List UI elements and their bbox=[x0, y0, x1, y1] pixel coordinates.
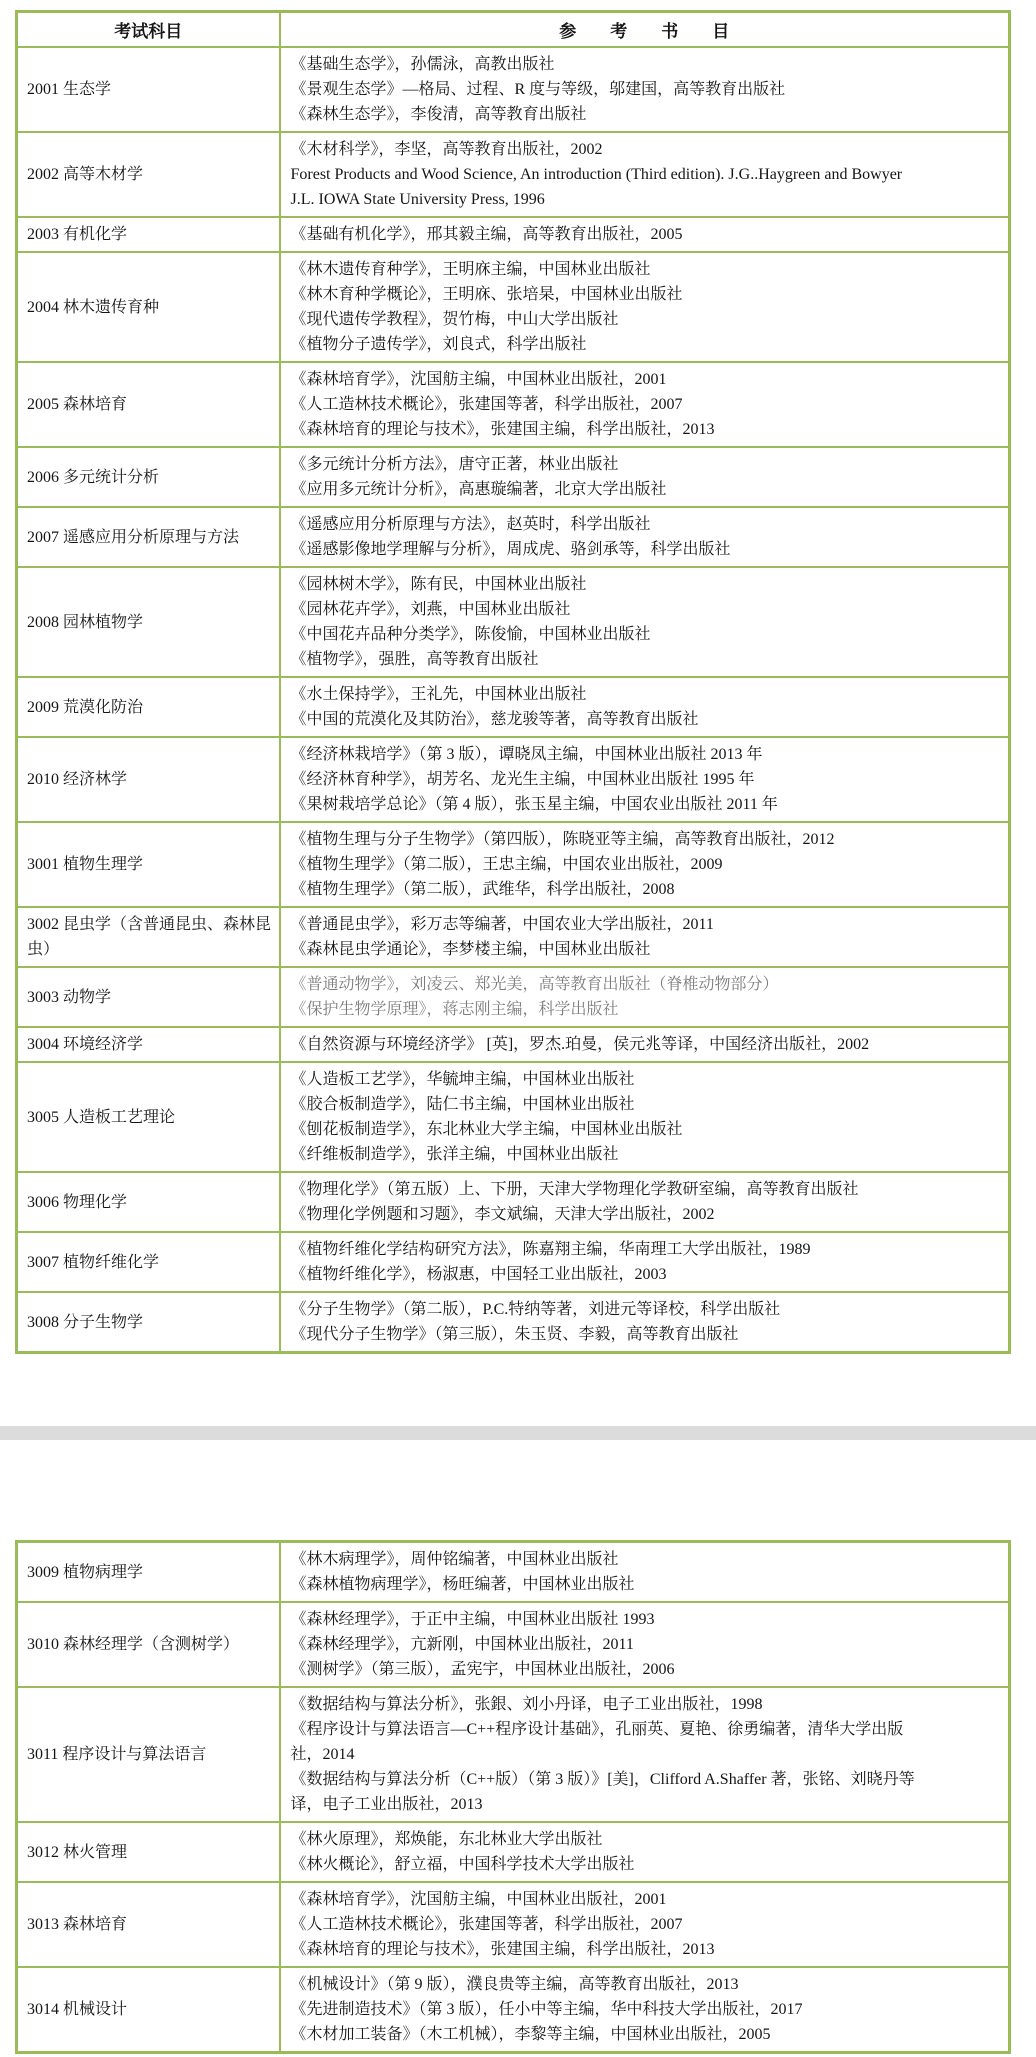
book-entry: 《林木育种学概论》，王明庥、张培杲，中国林业出版社 bbox=[291, 282, 931, 307]
book-entry: 《人工造林技术概论》，张建国等著，科学出版社，2007 bbox=[291, 392, 931, 417]
book-entry: 《木材加工装备》（木工机械），李黎等主编，中国林业出版社，2005 bbox=[291, 2022, 931, 2047]
reference-table-page1-body: 2001 生态学《基础生态学》，孙儒泳，高教出版社《景观生态学》—格局、过程、R… bbox=[17, 47, 1010, 1353]
books-cell: 《分子生物学》（第二版），P.C.特纳等著，刘进元等译校，科学出版社《现代分子生… bbox=[280, 1292, 1010, 1353]
book-entry: 《先进制造技术》（第 3 版），任小中等主编，华中科技大学出版社，2017 bbox=[291, 1997, 931, 2022]
book-entry: 《遥感影像地学理解与分析》，周成虎、骆剑承等，科学出版社 bbox=[291, 537, 931, 562]
book-entry: 《物理化学》（第五版）上、下册，天津大学物理化学教研室编，高等教育出版社 bbox=[291, 1177, 931, 1202]
book-entry: 《中国的荒漠化及其防治》，慈龙骏等著，高等教育出版社 bbox=[291, 707, 931, 732]
table-row: 2003 有机化学《基础有机化学》，邢其毅主编，高等教育出版社，2005 bbox=[17, 217, 1010, 252]
subject-cell: 3001 植物生理学 bbox=[17, 822, 280, 907]
book-entry: 《木材科学》，李坚，高等教育出版社，2002 bbox=[291, 137, 931, 162]
table-row: 2004 林木遗传育种《林木遗传育种学》，王明庥主编，中国林业出版社《林木育种学… bbox=[17, 252, 1010, 362]
table-row: 2002 高等木材学《木材科学》，李坚，高等教育出版社，2002Forest P… bbox=[17, 132, 1010, 217]
books-cell: 《基础有机化学》，邢其毅主编，高等教育出版社，2005 bbox=[280, 217, 1010, 252]
book-entry: 《水土保持学》，王礼先，中国林业出版社 bbox=[291, 682, 931, 707]
book-entry: 《程序设计与算法语言—C++程序设计基础》，孔丽英、夏艳、徐勇编著，清华大学出版… bbox=[291, 1717, 931, 1767]
book-entry: 《植物生理与分子生物学》（第四版），陈晓亚等主编，高等教育出版社，2012 bbox=[291, 827, 931, 852]
subject-cell: 3006 物理化学 bbox=[17, 1172, 280, 1232]
table-row: 3005 人造板工艺理论《人造板工艺学》，华毓坤主编，中国林业出版社《胶合板制造… bbox=[17, 1062, 1010, 1172]
table-row: 3009 植物病理学《林木病理学》，周仲铭编著，中国林业出版社《森林植物病理学》… bbox=[17, 1542, 1010, 1603]
books-cell: 《普通动物学》，刘凌云、郑光美，高等教育出版社（脊椎动物部分）《保护生物学原理》… bbox=[280, 967, 1010, 1027]
subject-cell: 2003 有机化学 bbox=[17, 217, 280, 252]
table-row: 3011 程序设计与算法语言《数据结构与算法分析》，张銀、刘小丹译，电子工业出版… bbox=[17, 1687, 1010, 1822]
books-cell: 《林木病理学》，周仲铭编著，中国林业出版社《森林植物病理学》，杨旺编著，中国林业… bbox=[280, 1542, 1010, 1603]
books-cell: 《自然资源与环境经济学》 [英]，罗杰.珀曼，侯元兆等译，中国经济出版社，200… bbox=[280, 1027, 1010, 1062]
subject-cell: 3007 植物纤维化学 bbox=[17, 1232, 280, 1292]
subject-cell: 2008 园林植物学 bbox=[17, 567, 280, 677]
book-entry: 《森林培育的理论与技术》，张建国主编，科学出版社，2013 bbox=[291, 417, 931, 442]
table-row: 2008 园林植物学《园林树木学》，陈有民，中国林业出版社《园林花卉学》，刘燕，… bbox=[17, 567, 1010, 677]
subject-column-header: 考试科目 bbox=[17, 12, 280, 48]
book-entry: 《植物生理学》（第二版），王忠主编，中国农业出版社，2009 bbox=[291, 852, 931, 877]
table-row: 3008 分子生物学《分子生物学》（第二版），P.C.特纳等著，刘进元等译校，科… bbox=[17, 1292, 1010, 1353]
subject-cell: 2010 经济林学 bbox=[17, 737, 280, 822]
book-entry: 《现代分子生物学》（第三版），朱玉贤、李毅，高等教育出版社 bbox=[291, 1322, 931, 1347]
book-entry: 《应用多元统计分析》，高惠璇编著，北京大学出版社 bbox=[291, 477, 931, 502]
book-entry: 《普通动物学》，刘凌云、郑光美，高等教育出版社（脊椎动物部分） bbox=[291, 972, 931, 997]
table-row: 3001 植物生理学《植物生理与分子生物学》（第四版），陈晓亚等主编，高等教育出… bbox=[17, 822, 1010, 907]
books-cell: 《林火原理》，郑焕能，东北林业大学出版社《林火概论》，舒立福，中国科学技术大学出… bbox=[280, 1822, 1010, 1882]
table-row: 3014 机械设计《机械设计》（第 9 版），濮良贵等主编，高等教育出版社，20… bbox=[17, 1967, 1010, 2053]
book-entry: 《遥感应用分析原理与方法》，赵英时，科学出版社 bbox=[291, 512, 931, 537]
books-cell: 《森林培育学》，沈国舫主编，中国林业出版社，2001《人工造林技术概论》，张建国… bbox=[280, 362, 1010, 447]
table-row: 3002 昆虫学（含普通昆虫、森林昆虫）《普通昆虫学》，彩万志等编著，中国农业大… bbox=[17, 907, 1010, 967]
book-entry: 《园林树木学》，陈有民，中国林业出版社 bbox=[291, 572, 931, 597]
book-entry: 《林火原理》，郑焕能，东北林业大学出版社 bbox=[291, 1827, 931, 1852]
table-row: 2010 经济林学《经济林栽培学》（第 3 版），谭晓凤主编，中国林业出版社 2… bbox=[17, 737, 1010, 822]
book-entry: Forest Products and Wood Science, An int… bbox=[291, 162, 931, 212]
book-entry: 《经济林育种学》，胡芳名、龙光生主编，中国林业出版社 1995 年 bbox=[291, 767, 931, 792]
books-cell: 《森林培育学》，沈国舫主编，中国林业出版社，2001《人工造林技术概论》，张建国… bbox=[280, 1882, 1010, 1967]
book-entry: 《森林培育的理论与技术》，张建国主编，科学出版社，2013 bbox=[291, 1937, 931, 1962]
books-column-header: 参 考 书 目 bbox=[280, 12, 1010, 48]
reference-table-page2: 3009 植物病理学《林木病理学》，周仲铭编著，中国林业出版社《森林植物病理学》… bbox=[15, 1540, 1011, 2054]
books-cell: 《多元统计分析方法》，唐守正著，林业出版社《应用多元统计分析》，高惠璇编著，北京… bbox=[280, 447, 1010, 507]
reference-table-page2-body: 3009 植物病理学《林木病理学》，周仲铭编著，中国林业出版社《森林植物病理学》… bbox=[17, 1542, 1010, 2053]
book-entry: 《森林生态学》，李俊清，高等教育出版社 bbox=[291, 102, 931, 127]
subject-cell: 3009 植物病理学 bbox=[17, 1542, 280, 1603]
book-entry: 《果树栽培学总论》（第 4 版），张玉星主编，中国农业出版社 2011 年 bbox=[291, 792, 931, 817]
book-entry: 《经济林栽培学》（第 3 版），谭晓凤主编，中国林业出版社 2013 年 bbox=[291, 742, 931, 767]
subject-cell: 3010 森林经理学（含测树学） bbox=[17, 1602, 280, 1687]
books-cell: 《经济林栽培学》（第 3 版），谭晓凤主编，中国林业出版社 2013 年《经济林… bbox=[280, 737, 1010, 822]
table-row: 2005 森林培育《森林培育学》，沈国舫主编，中国林业出版社，2001《人工造林… bbox=[17, 362, 1010, 447]
books-cell: 《林木遗传育种学》，王明庥主编，中国林业出版社《林木育种学概论》，王明庥、张培杲… bbox=[280, 252, 1010, 362]
book-entry: 《林木病理学》，周仲铭编著，中国林业出版社 bbox=[291, 1547, 931, 1572]
book-entry: 《纤维板制造学》，张洋主编，中国林业出版社 bbox=[291, 1142, 931, 1167]
subject-cell: 2001 生态学 bbox=[17, 47, 280, 132]
books-cell: 《基础生态学》，孙儒泳，高教出版社《景观生态学》—格局、过程、R 度与等级，邬建… bbox=[280, 47, 1010, 132]
table-row: 3013 森林培育《森林培育学》，沈国舫主编，中国林业出版社，2001《人工造林… bbox=[17, 1882, 1010, 1967]
reference-table-page1: 考试科目 参 考 书 目 2001 生态学《基础生态学》，孙儒泳，高教出版社《景… bbox=[15, 10, 1011, 1354]
book-entry: 《测树学》（第三版），孟宪宇，中国林业出版社，2006 bbox=[291, 1657, 931, 1682]
book-entry: 《森林经理学》，亢新刚，中国林业出版社，2011 bbox=[291, 1632, 931, 1657]
book-entry: 《胶合板制造学》，陆仁书主编，中国林业出版社 bbox=[291, 1092, 931, 1117]
book-entry: 《数据结构与算法分析（C++版）（第 3 版）》[美]，Clifford A.S… bbox=[291, 1767, 931, 1817]
book-entry: 《景观生态学》—格局、过程、R 度与等级，邬建国，高等教育出版社 bbox=[291, 77, 931, 102]
books-cell: 《物理化学》（第五版）上、下册，天津大学物理化学教研室编，高等教育出版社《物理化… bbox=[280, 1172, 1010, 1232]
books-cell: 《森林经理学》，于正中主编，中国林业出版社 1993《森林经理学》，亢新刚，中国… bbox=[280, 1602, 1010, 1687]
table-row: 3004 环境经济学《自然资源与环境经济学》 [英]，罗杰.珀曼，侯元兆等译，中… bbox=[17, 1027, 1010, 1062]
book-entry: 《森林植物病理学》，杨旺编著，中国林业出版社 bbox=[291, 1572, 931, 1597]
book-entry: 《现代遗传学教程》，贺竹梅，中山大学出版社 bbox=[291, 307, 931, 332]
table-row: 3003 动物学《普通动物学》，刘凌云、郑光美，高等教育出版社（脊椎动物部分）《… bbox=[17, 967, 1010, 1027]
subject-cell: 2007 遥感应用分析原理与方法 bbox=[17, 507, 280, 567]
books-cell: 《机械设计》（第 9 版），濮良贵等主编，高等教育出版社，2013《先进制造技术… bbox=[280, 1967, 1010, 2053]
book-entry: 《数据结构与算法分析》，张銀、刘小丹译，电子工业出版社，1998 bbox=[291, 1692, 931, 1717]
table-row: 3012 林火管理《林火原理》，郑焕能，东北林业大学出版社《林火概论》，舒立福，… bbox=[17, 1822, 1010, 1882]
book-entry: 《物理化学例题和习题》，李文斌编，天津大学出版社，2002 bbox=[291, 1202, 931, 1227]
book-entry: 《机械设计》（第 9 版），濮良贵等主编，高等教育出版社，2013 bbox=[291, 1972, 931, 1997]
book-entry: 《人造板工艺学》，华毓坤主编，中国林业出版社 bbox=[291, 1067, 931, 1092]
books-cell: 《遥感应用分析原理与方法》，赵英时，科学出版社《遥感影像地学理解与分析》，周成虎… bbox=[280, 507, 1010, 567]
subject-cell: 3013 森林培育 bbox=[17, 1882, 280, 1967]
subject-cell: 3003 动物学 bbox=[17, 967, 280, 1027]
book-entry: 《普通昆虫学》，彩万志等编著，中国农业大学出版社，2011 bbox=[291, 912, 931, 937]
subject-cell: 3005 人造板工艺理论 bbox=[17, 1062, 280, 1172]
subject-cell: 3014 机械设计 bbox=[17, 1967, 280, 2053]
table-row: 3007 植物纤维化学《植物纤维化学结构研究方法》，陈嘉翔主编，华南理工大学出版… bbox=[17, 1232, 1010, 1292]
book-entry: 《自然资源与环境经济学》 [英]，罗杰.珀曼，侯元兆等译，中国经济出版社，200… bbox=[291, 1032, 931, 1057]
book-entry: 《刨花板制造学》，东北林业大学主编，中国林业出版社 bbox=[291, 1117, 931, 1142]
book-entry: 《植物纤维化学》，杨淑惠，中国轻工业出版社，2003 bbox=[291, 1262, 931, 1287]
subject-cell: 2002 高等木材学 bbox=[17, 132, 280, 217]
book-entry: 《基础有机化学》，邢其毅主编，高等教育出版社，2005 bbox=[291, 222, 931, 247]
books-cell: 《人造板工艺学》，华毓坤主编，中国林业出版社《胶合板制造学》，陆仁书主编，中国林… bbox=[280, 1062, 1010, 1172]
document-page: 考试科目 参 考 书 目 2001 生态学《基础生态学》，孙儒泳，高教出版社《景… bbox=[0, 0, 1036, 2054]
table-row: 2001 生态学《基础生态学》，孙儒泳，高教出版社《景观生态学》—格局、过程、R… bbox=[17, 47, 1010, 132]
table-row: 3006 物理化学《物理化学》（第五版）上、下册，天津大学物理化学教研室编，高等… bbox=[17, 1172, 1010, 1232]
books-cell: 《植物生理与分子生物学》（第四版），陈晓亚等主编，高等教育出版社，2012《植物… bbox=[280, 822, 1010, 907]
books-cell: 《数据结构与算法分析》，张銀、刘小丹译，电子工业出版社，1998《程序设计与算法… bbox=[280, 1687, 1010, 1822]
subject-cell: 3011 程序设计与算法语言 bbox=[17, 1687, 280, 1822]
book-entry: 《森林培育学》，沈国舫主编，中国林业出版社，2001 bbox=[291, 1887, 931, 1912]
book-entry: 《森林经理学》，于正中主编，中国林业出版社 1993 bbox=[291, 1607, 931, 1632]
subject-cell: 2009 荒漠化防治 bbox=[17, 677, 280, 737]
subject-cell: 3002 昆虫学（含普通昆虫、森林昆虫） bbox=[17, 907, 280, 967]
book-entry: 《多元统计分析方法》，唐守正著，林业出版社 bbox=[291, 452, 931, 477]
book-entry: 《林火概论》，舒立福，中国科学技术大学出版社 bbox=[291, 1852, 931, 1877]
subject-cell: 3004 环境经济学 bbox=[17, 1027, 280, 1062]
book-entry: 《植物分子遗传学》，刘良式，科学出版社 bbox=[291, 332, 931, 357]
book-entry: 《植物学》，强胜，高等教育出版社 bbox=[291, 647, 931, 672]
books-cell: 《园林树木学》，陈有民，中国林业出版社《园林花卉学》，刘燕，中国林业出版社《中国… bbox=[280, 567, 1010, 677]
book-entry: 《人工造林技术概论》，张建国等著，科学出版社，2007 bbox=[291, 1912, 931, 1937]
table-row: 2007 遥感应用分析原理与方法《遥感应用分析原理与方法》，赵英时，科学出版社《… bbox=[17, 507, 1010, 567]
book-entry: 《园林花卉学》，刘燕，中国林业出版社 bbox=[291, 597, 931, 622]
books-cell: 《水土保持学》，王礼先，中国林业出版社《中国的荒漠化及其防治》，慈龙骏等著，高等… bbox=[280, 677, 1010, 737]
table-row: 2009 荒漠化防治《水土保持学》，王礼先，中国林业出版社《中国的荒漠化及其防治… bbox=[17, 677, 1010, 737]
book-entry: 《林木遗传育种学》，王明庥主编，中国林业出版社 bbox=[291, 257, 931, 282]
books-cell: 《植物纤维化学结构研究方法》，陈嘉翔主编，华南理工大学出版社，1989《植物纤维… bbox=[280, 1232, 1010, 1292]
book-entry: 《森林培育学》，沈国舫主编，中国林业出版社，2001 bbox=[291, 367, 931, 392]
subject-cell: 2005 森林培育 bbox=[17, 362, 280, 447]
page-break-divider bbox=[0, 1426, 1036, 1440]
subject-cell: 2004 林木遗传育种 bbox=[17, 252, 280, 362]
subject-cell: 3008 分子生物学 bbox=[17, 1292, 280, 1353]
subject-cell: 3012 林火管理 bbox=[17, 1822, 280, 1882]
book-entry: 《保护生物学原理》，蒋志刚主编，科学出版社 bbox=[291, 997, 931, 1022]
book-entry: 《分子生物学》（第二版），P.C.特纳等著，刘进元等译校，科学出版社 bbox=[291, 1297, 931, 1322]
book-entry: 《中国花卉品种分类学》，陈俊愉，中国林业出版社 bbox=[291, 622, 931, 647]
book-entry: 《植物生理学》（第二版），武维华，科学出版社，2008 bbox=[291, 877, 931, 902]
table-row: 3010 森林经理学（含测树学）《森林经理学》，于正中主编，中国林业出版社 19… bbox=[17, 1602, 1010, 1687]
subject-cell: 2006 多元统计分析 bbox=[17, 447, 280, 507]
book-entry: 《基础生态学》，孙儒泳，高教出版社 bbox=[291, 52, 931, 77]
books-cell: 《木材科学》，李坚，高等教育出版社，2002Forest Products an… bbox=[280, 132, 1010, 217]
books-cell: 《普通昆虫学》，彩万志等编著，中国农业大学出版社，2011《森林昆虫学通论》，李… bbox=[280, 907, 1010, 967]
book-entry: 《植物纤维化学结构研究方法》，陈嘉翔主编，华南理工大学出版社，1989 bbox=[291, 1237, 931, 1262]
table-row: 2006 多元统计分析《多元统计分析方法》，唐守正著，林业出版社《应用多元统计分… bbox=[17, 447, 1010, 507]
book-entry: 《森林昆虫学通论》，李梦楼主编，中国林业出版社 bbox=[291, 937, 931, 962]
table-header-row: 考试科目 参 考 书 目 bbox=[17, 12, 1010, 48]
